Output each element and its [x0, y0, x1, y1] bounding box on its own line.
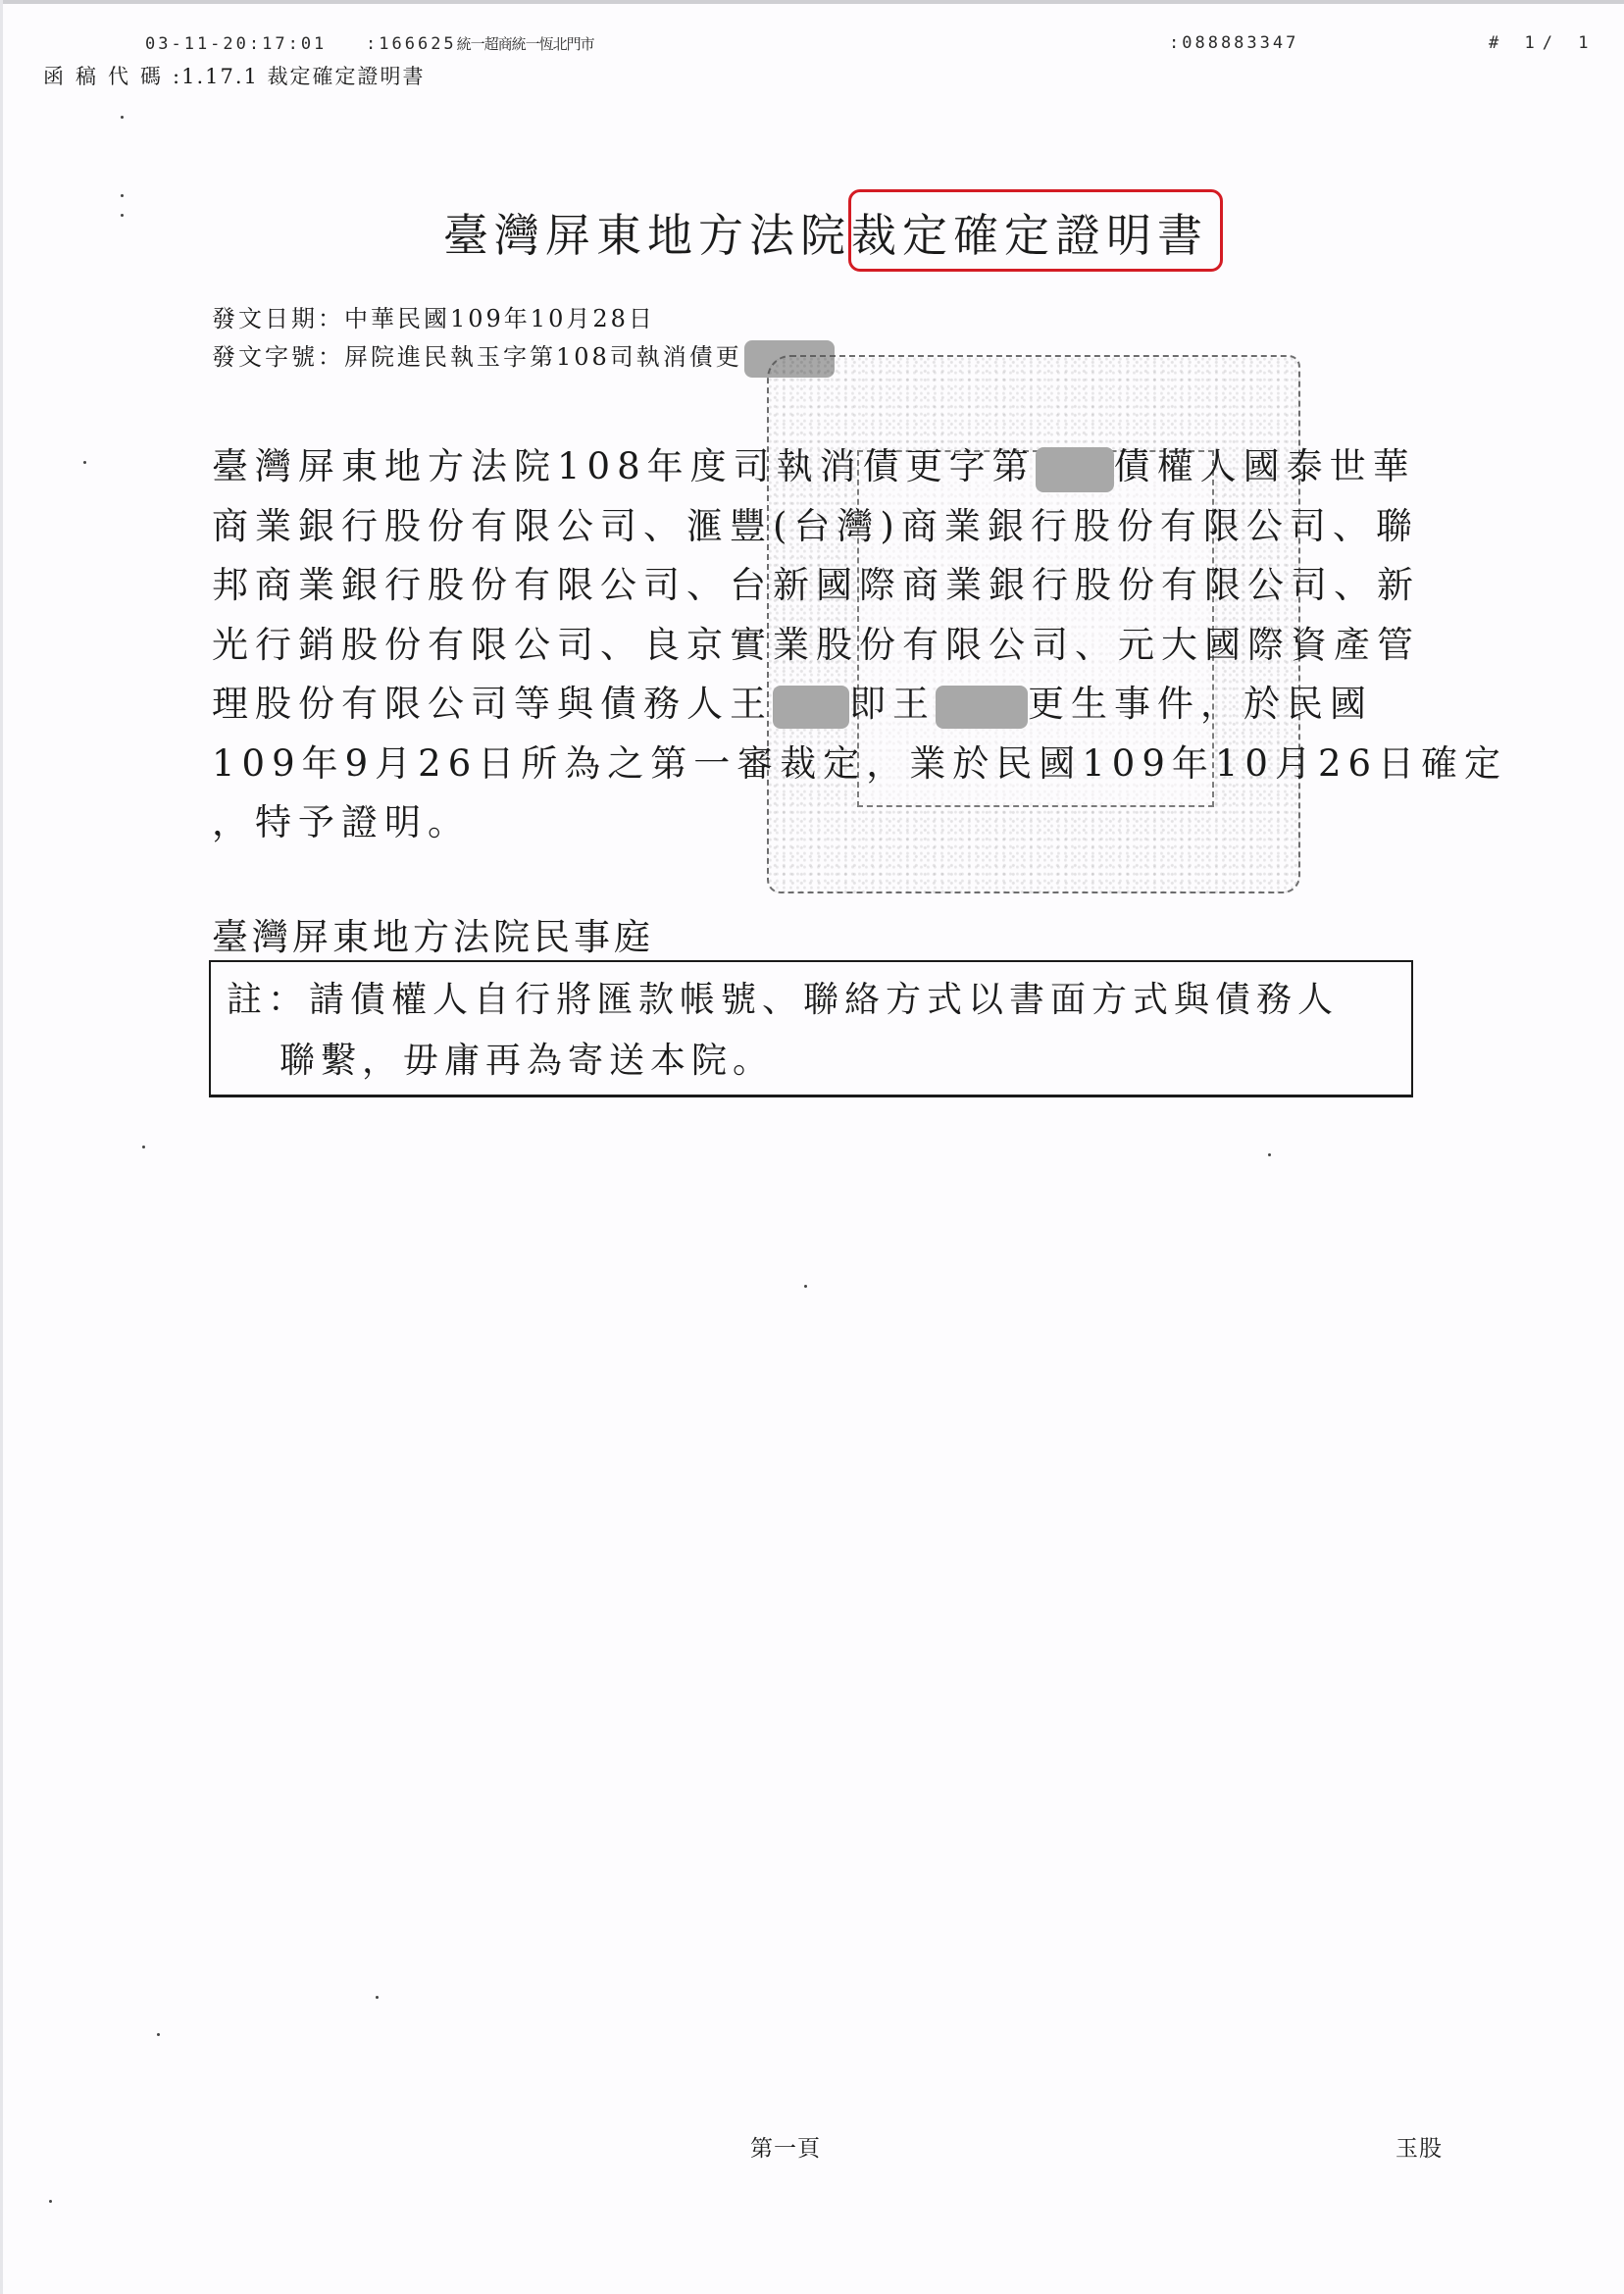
scan-speck [804, 1285, 807, 1288]
issue-ref-label: 發文字號： [212, 343, 344, 371]
title-highlight-box [848, 189, 1223, 272]
scan-speck [121, 116, 124, 119]
note-line-2: 聯繫，毋庸再為寄送本院。 [279, 1033, 774, 1083]
issue-date-label: 發文日期： [212, 305, 344, 332]
redaction-block [773, 686, 849, 729]
issue-date-value: 中華民國109年10月28日 [344, 305, 655, 332]
scan-speck [121, 214, 124, 217]
body-line-3: 邦商業銀行股份有限公司、台新國際商業銀行股份有限公司、新 [212, 556, 1447, 616]
footer-unit-label: 玉股 [1396, 2130, 1443, 2163]
fax-sender-prefix: :166625 [366, 34, 457, 54]
redaction-block [1036, 447, 1114, 492]
fax-sender-name: 統一超商統一恆北門市 [457, 35, 594, 53]
scan-speck [157, 2033, 160, 2036]
body-text: 債權人國泰世華 [1114, 445, 1416, 487]
note-line-1: 註：請債權人自行將匯款帳號、聯絡方式以書面方式與債務人 [227, 972, 1339, 1022]
scan-speck [83, 461, 86, 464]
body-text: 即王 [849, 683, 936, 725]
body-line-2: 商業銀行股份有限公司、滙豐(台灣)商業銀行股份有限公司、聯 [212, 497, 1447, 557]
body-line-7: ，特予證明。 [212, 793, 1447, 853]
scan-speck [49, 2200, 52, 2203]
body-text: 臺灣屏東地方法院108年度司執消債更字第 [212, 445, 1036, 487]
page-edge-left [0, 0, 3, 2294]
body-line-5: 理股份有限公司等與債務人王即王更生事件，於民國 [212, 675, 1447, 735]
body-text: 更生事件，於民國 [1028, 683, 1373, 725]
redaction-block [936, 686, 1028, 729]
body-line-1: 臺灣屏東地方法院108年度司執消債更字第債權人國泰世華 [212, 437, 1447, 497]
scan-speck [142, 1146, 145, 1148]
form-code-value: 1.17.1 [181, 65, 259, 88]
footer-page-number: 第一頁 [750, 2130, 821, 2163]
issue-ref-value: 屏院進民執玉字第108司執消債更 [344, 343, 742, 371]
issuing-court-signature: 臺灣屏東地方法院民事庭 [212, 907, 654, 960]
body-text: 理股份有限公司等與債務人王 [212, 683, 773, 725]
note-box: 註：請債權人自行將匯款帳號、聯絡方式以書面方式與債務人 聯繫，毋庸再為寄送本院。 [209, 960, 1413, 1097]
page-count: 1/ 1 [1525, 33, 1597, 53]
fax-recipient-number: :088883347 [1169, 33, 1298, 53]
scan-speck [1268, 1153, 1271, 1156]
form-code-separator: : [173, 65, 181, 88]
page-edge-top [0, 0, 1624, 4]
scan-speck [121, 194, 124, 197]
certificate-body: 臺灣屏東地方法院108年度司執消債更字第債權人國泰世華 商業銀行股份有限公司、滙… [212, 437, 1447, 853]
body-line-6: 109年9月26日所為之第一審裁定，業於民國109年10月26日確定 [212, 735, 1447, 794]
form-code-name: 裁定確定證明書 [268, 65, 426, 88]
form-code-line: 函稿代碼:1.17.1 裁定確定證明書 [43, 61, 426, 90]
issue-reference: 發文字號：屏院進民執玉字第108司執消債更 [212, 337, 835, 378]
fax-header-left: 03-11-20:17:01 :166625統一超商統一恆北門市 [145, 33, 594, 54]
fax-timestamp: 03-11-20:17:01 [145, 34, 327, 54]
issue-date: 發文日期：中華民國109年10月28日 [212, 299, 655, 333]
title-court: 臺灣屏東地方法院 [443, 209, 851, 262]
form-code-label: 函稿代碼 [43, 65, 173, 88]
scan-speck [376, 1996, 379, 1999]
page-marker: # [1489, 33, 1506, 53]
body-line-4: 光行銷股份有限公司、良京實業股份有限公司、元大國際資產管 [212, 616, 1447, 676]
fax-page-indicator: # 1/ 1 [1489, 33, 1596, 53]
